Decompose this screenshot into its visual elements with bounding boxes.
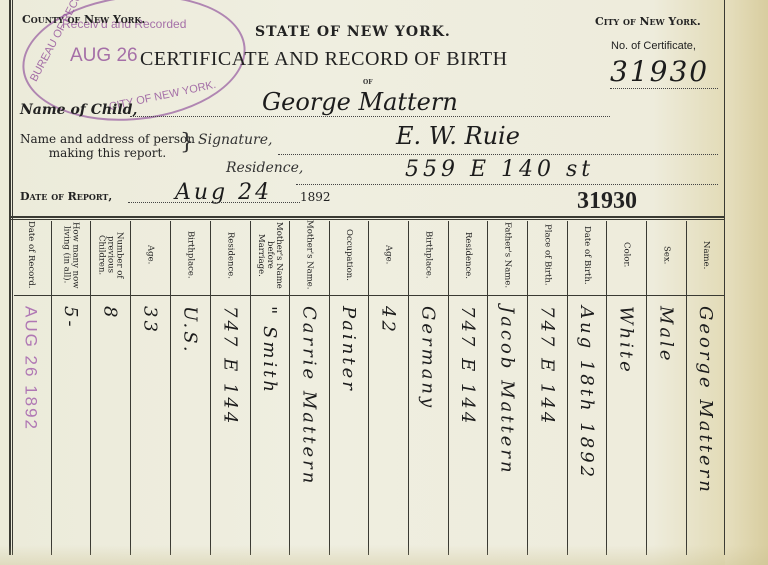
residence-value: 559 E 140 st [405, 157, 594, 182]
column-header: Occupation. [329, 220, 368, 290]
column-value: " Smith [259, 296, 280, 395]
column-value: Aug 18th 1892 [576, 296, 597, 480]
column-header-label: Residence. [463, 232, 472, 279]
column-value-cell: White [606, 296, 646, 546]
column-header: How many now living (in all). [51, 220, 90, 290]
column-value: 747 E 144 [457, 296, 478, 426]
column-header: Birthplace. [170, 220, 210, 290]
column-value-cell: " Smith [250, 296, 289, 546]
column-header: Mother's Name before Marriage. [250, 220, 289, 290]
residence-line [296, 184, 718, 185]
signature-value: E. W. Ruie [396, 122, 520, 150]
record-number: 31930 [577, 188, 637, 215]
column-value: 8 [100, 296, 121, 320]
column-value-cell: 747 E 144 [527, 296, 567, 546]
column-value-cell: Aug 18th 1892 [567, 296, 606, 546]
column-value: Germany [418, 296, 439, 410]
column-value-cell: Carrie Mattern [289, 296, 329, 546]
column-header-label: Sex. [662, 246, 671, 264]
child-name-line [130, 116, 610, 117]
column-header: Sex. [646, 220, 686, 290]
column-value: Carrie Mattern [299, 296, 320, 486]
signature-label: Signature, [198, 132, 272, 148]
report-year: 1892 [300, 190, 331, 204]
column-header-label: Birthplace. [186, 231, 195, 279]
column-value-cell: 747 E 144 [210, 296, 250, 546]
report-date-label: Date of Report, [20, 190, 112, 203]
column-header: Number of previous Children. [90, 220, 130, 290]
column-header-label: Place of Birth. [543, 224, 552, 286]
column-header: Date of Record. [10, 220, 51, 290]
column-value: Male [656, 296, 677, 364]
column-header: Residence. [210, 220, 250, 290]
column-header: Age. [368, 220, 408, 290]
column-header: Mother's Name. [289, 220, 329, 290]
reporter-brace: } [180, 130, 194, 155]
of-label: of [363, 76, 373, 86]
column-value: George Mattern [695, 296, 716, 495]
reporter-label-line1: Name and address of person [20, 132, 195, 146]
column-value-cell: George Mattern [686, 296, 725, 546]
county-label: County of New York. [22, 13, 145, 26]
column-header: Color. [606, 220, 646, 290]
column-header: Place of Birth. [527, 220, 567, 290]
column-header-label: Color. [622, 242, 631, 267]
column-header-label: Number of previous Children. [97, 220, 124, 290]
column-value: Jacob Mattern [497, 296, 518, 476]
column-header-label: Date of Record. [26, 221, 35, 289]
page-edge [725, 0, 768, 565]
city-label: City of New York. [595, 15, 701, 28]
column-header-label: Residence. [226, 232, 235, 279]
column-header: Name. [686, 220, 725, 290]
column-header: Father's Name. [487, 220, 527, 290]
report-date-line [128, 202, 300, 203]
column-value: 747 E 144 [537, 296, 558, 426]
certificate-number-line [610, 88, 718, 89]
certificate-number-label: No. of Certificate, [611, 40, 696, 52]
column-header-label: Father's Name. [503, 222, 512, 288]
column-header-label: Mother's Name. [305, 220, 314, 290]
column-value: 33 [140, 296, 161, 335]
column-header-label: Age. [384, 245, 393, 264]
signature-line [278, 154, 718, 155]
column-value: 5- [60, 296, 81, 330]
column-header-label: Birthplace. [424, 231, 433, 279]
column-value: U.S. [180, 296, 201, 355]
certificate-title: CERTIFICATE AND RECORD OF BIRTH [140, 48, 508, 71]
birth-certificate-page: BUREAU OF RECORDS DEPARTMENT Receiv'd an… [0, 0, 768, 565]
column-value-cell: 5- [51, 296, 90, 546]
column-value-cell: 33 [130, 296, 170, 546]
column-header-label: Mother's Name before Marriage. [256, 220, 283, 290]
column-header: Birthplace. [408, 220, 448, 290]
column-value: Painter [338, 296, 359, 393]
column-value-cell: U.S. [170, 296, 210, 546]
child-name-value: George Mattern [262, 88, 458, 116]
column-header-label: Name. [701, 241, 710, 269]
child-name-label: Name of Child, [20, 102, 137, 118]
column-value-cell: 747 E 144 [448, 296, 487, 546]
column-header: Date of Birth. [567, 220, 606, 290]
column-value-cell: Male [646, 296, 686, 546]
column-value-cell: Jacob Mattern [487, 296, 527, 546]
column-header-label: How many now living (in all). [62, 220, 80, 290]
column-header: Residence. [448, 220, 487, 290]
reporter-label: Name and address of person making this r… [20, 132, 195, 160]
stamp-date: AUG 26 [70, 45, 138, 67]
column-header-label: Occupation. [344, 229, 353, 281]
column-value: White [616, 296, 637, 375]
column-value-cell: 42 [368, 296, 408, 546]
table-top-rule [10, 216, 725, 218]
column-value-cell: AUG 26 1892 [10, 296, 51, 546]
column-header: Age. [130, 220, 170, 290]
column-value: 42 [378, 296, 399, 335]
column-header-label: Date of Birth. [582, 226, 591, 285]
column-value: AUG 26 1892 [21, 296, 41, 431]
reporter-label-line2: making this report. [20, 146, 195, 160]
residence-label: Residence, [226, 160, 303, 176]
state-title: STATE OF NEW YORK. [255, 24, 451, 40]
certificate-number-value: 31930 [610, 55, 709, 88]
column-value-cell: Painter [329, 296, 368, 546]
column-header-label: Age. [146, 245, 155, 264]
column-value-cell: 8 [90, 296, 130, 546]
column-value-cell: Germany [408, 296, 448, 546]
column-value: 747 E 144 [220, 296, 241, 426]
